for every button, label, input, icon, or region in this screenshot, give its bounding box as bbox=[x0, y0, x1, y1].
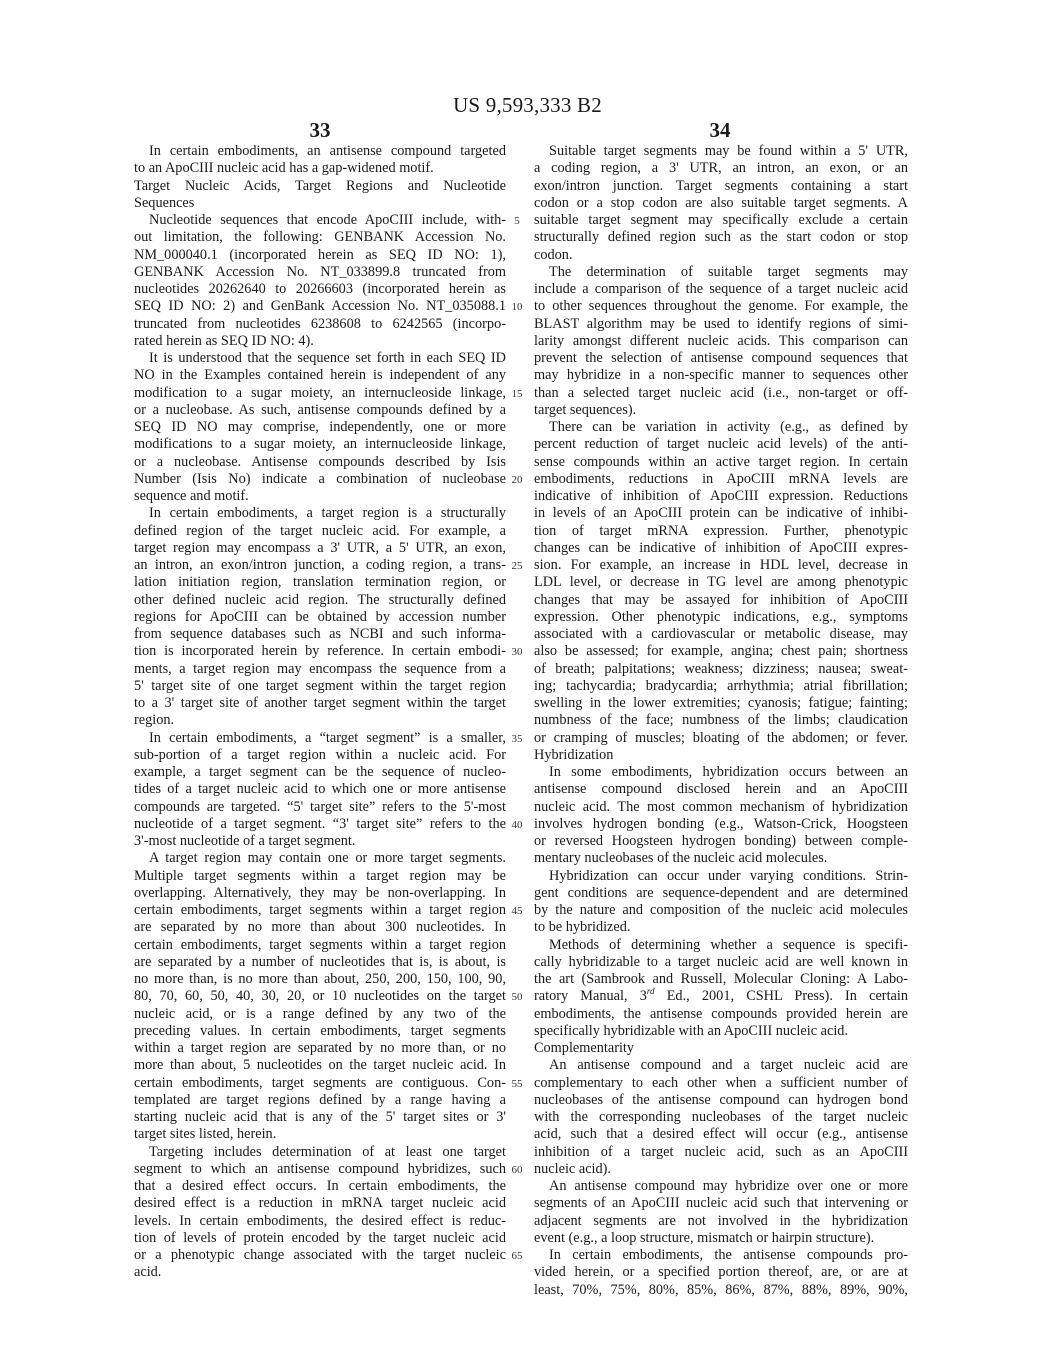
text-line: structurally defined region such as the … bbox=[534, 229, 908, 246]
text-line: by the nature and composition of the nuc… bbox=[534, 902, 908, 919]
text-line: regions for ApoCIII can be obtained by a… bbox=[134, 609, 506, 626]
text-line: desired effect is a reduction in mRNA ta… bbox=[134, 1195, 506, 1212]
text-line: tion of target mRNA expression. Further,… bbox=[534, 523, 908, 540]
right-column-number: 34 bbox=[690, 118, 750, 143]
line-number: 20 bbox=[507, 474, 527, 486]
line-number: 50 bbox=[507, 991, 527, 1003]
text-line: target region may encompass a 3' UTR, a … bbox=[134, 540, 506, 557]
text-line: acid, such that a desired effect will oc… bbox=[534, 1126, 908, 1143]
text-line: 5' target site of one target segment wit… bbox=[134, 678, 506, 695]
text-line: to be hybridized. bbox=[534, 919, 908, 936]
line-number: 10 bbox=[507, 301, 527, 313]
text-line: 80, 70, 60, 50, 40, 30, 20, or 10 nucleo… bbox=[134, 988, 506, 1005]
line-number: 15 bbox=[507, 388, 527, 400]
text-line: larity amongst different nucleic acids. … bbox=[534, 333, 908, 350]
text-line: overlapping. Alternatively, they may be … bbox=[134, 885, 506, 902]
patent-number: US 9,593,333 B2 bbox=[0, 93, 1055, 118]
text-line: cally hybridizable to a target nucleic a… bbox=[534, 954, 908, 971]
line-number: 25 bbox=[507, 560, 527, 572]
text-line: ments, a target region may encompass the… bbox=[134, 661, 506, 678]
text-line: templated are target regions defined by … bbox=[134, 1092, 506, 1109]
text-line: Suitable target segments may be found wi… bbox=[534, 143, 908, 160]
line-number: 45 bbox=[507, 905, 527, 917]
text-line: Complementarity bbox=[534, 1040, 908, 1057]
text-line: expression. Other phenotypic indications… bbox=[534, 609, 908, 626]
text-line: SEQ ID NO may comprise, independently, o… bbox=[134, 419, 506, 436]
text-line: exon/intron junction. Target segments co… bbox=[534, 178, 908, 195]
text-line: certain embodiments, target segments wit… bbox=[134, 937, 506, 954]
text-line: with the corresponding nucleobases of th… bbox=[534, 1109, 908, 1126]
text-line: may hybridize in a non-specific manner t… bbox=[534, 367, 908, 384]
text-line: LDL level, or decrease in TG level are a… bbox=[534, 574, 908, 591]
text-line: SEQ ID NO: 2) and GenBank Accession No. … bbox=[134, 298, 506, 315]
text-line: least, 70%, 75%, 80%, 85%, 86%, 87%, 88%… bbox=[534, 1282, 908, 1299]
text-line: tion is incorporated herein by reference… bbox=[134, 643, 506, 660]
text-line: Hybridization bbox=[534, 747, 908, 764]
text-line: vided herein, or a specified portion the… bbox=[534, 1264, 908, 1281]
right-text-column: Suitable target segments may be found wi… bbox=[534, 143, 908, 1299]
text-line: defined region of the target nucleic aci… bbox=[134, 523, 506, 540]
text-line: or cramping of muscles; bloating of the … bbox=[534, 730, 908, 747]
text-line: changes that may be assayed for inhibiti… bbox=[534, 592, 908, 609]
text-line: involves hydrogen bonding (e.g., Watson-… bbox=[534, 816, 908, 833]
text-line: a coding region, a 3' UTR, an intron, an… bbox=[534, 160, 908, 177]
text-line: NM_000040.1 (incorporated herein as SEQ … bbox=[134, 247, 506, 264]
text-line: region. bbox=[134, 712, 506, 729]
text-line: sequence and motif. bbox=[134, 488, 506, 505]
text-line: Sequences bbox=[134, 195, 506, 212]
text-line: an intron, an exon/intron junction, a co… bbox=[134, 557, 506, 574]
text-line: out limitation, the following: GENBANK A… bbox=[134, 229, 506, 246]
text-line: levels. In certain embodiments, the desi… bbox=[134, 1213, 506, 1230]
text-line: starting nucleic acid that is any of the… bbox=[134, 1109, 506, 1126]
text-line: specifically hybridizable with an ApoCII… bbox=[534, 1023, 908, 1040]
text-line: nucleotide of a target segment. “3' targ… bbox=[134, 816, 506, 833]
line-number: 30 bbox=[507, 646, 527, 658]
text-line: to other sequences throughout the genome… bbox=[534, 298, 908, 315]
text-line: adjacent segments are not involved in th… bbox=[534, 1213, 908, 1230]
text-line: lation initiation region, translation te… bbox=[134, 574, 506, 591]
text-line: than a selected target nucleic acid (i.e… bbox=[534, 385, 908, 402]
text-line: nucleobases of the antisense compound ca… bbox=[534, 1092, 908, 1109]
text-line: target sites listed, herein. bbox=[134, 1126, 506, 1143]
text-line: nucleic acid). bbox=[534, 1161, 908, 1178]
text-line: truncated from nucleotides 6238608 to 62… bbox=[134, 316, 506, 333]
text-line: the art (Sambrook and Russell, Molecular… bbox=[534, 971, 908, 988]
text-line: nucleotides 20262640 to 20266603 (incorp… bbox=[134, 281, 506, 298]
text-line: modification to a sugar moiety, an inter… bbox=[134, 385, 506, 402]
text-line: other defined nucleic acid region. The s… bbox=[134, 592, 506, 609]
text-line: ratory Manual, 3rd Ed., 2001, CSHL Press… bbox=[534, 988, 908, 1005]
text-line: GENBANK Accession No. NT_033899.8 trunca… bbox=[134, 264, 506, 281]
text-line: BLAST algorithm may be used to identify … bbox=[534, 316, 908, 333]
text-line: antisense compound disclosed herein and … bbox=[534, 781, 908, 798]
text-line: mentary nucleobases of the nucleic acid … bbox=[534, 850, 908, 867]
text-line: In certain embodiments, an antisense com… bbox=[134, 143, 506, 160]
text-line: gent conditions are sequence-dependent a… bbox=[534, 885, 908, 902]
text-line: certain embodiments, target segments wit… bbox=[134, 902, 506, 919]
text-line: changes can be indicative of inhibition … bbox=[534, 540, 908, 557]
text-line: include a comparison of the sequence of … bbox=[534, 281, 908, 298]
text-line: segments of an ApoCIII nucleic acid such… bbox=[534, 1195, 908, 1212]
text-line: It is understood that the sequence set f… bbox=[134, 350, 506, 367]
text-line: ing; tachycardia; bradycardia; arrhythmi… bbox=[534, 678, 908, 695]
left-column-number: 33 bbox=[290, 118, 350, 143]
text-line: acid. bbox=[134, 1264, 506, 1281]
text-line: In certain embodiments, a “target segmen… bbox=[134, 730, 506, 747]
text-line: prevent the selection of antisense compo… bbox=[534, 350, 908, 367]
text-line: indicative of inhibition of ApoCIII expr… bbox=[534, 488, 908, 505]
text-line: more than about, 5 nucleotides on the ta… bbox=[134, 1057, 506, 1074]
line-number: 55 bbox=[507, 1078, 527, 1090]
text-line: are separated by a number of nucleotides… bbox=[134, 954, 506, 971]
text-line: in levels of an ApoCIII protein can be i… bbox=[534, 505, 908, 522]
text-line: sub-portion of a target region within a … bbox=[134, 747, 506, 764]
text-line: are separated by no more than about 300 … bbox=[134, 919, 506, 936]
text-line: tides of a target nucleic acid to which … bbox=[134, 781, 506, 798]
line-number: 5 bbox=[507, 215, 527, 227]
text-line: to an ApoCIII nucleic acid has a gap-wid… bbox=[134, 160, 506, 177]
text-line: codon. bbox=[534, 247, 908, 264]
text-line: or a phenotypic change associated with t… bbox=[134, 1247, 506, 1264]
text-line: suitable target segment may specifically… bbox=[534, 212, 908, 229]
text-line: Target Nucleic Acids, Target Regions and… bbox=[134, 178, 506, 195]
text-line: nucleic acid. The most common mechanism … bbox=[534, 799, 908, 816]
text-line: associated with a cardiovascular or meta… bbox=[534, 626, 908, 643]
text-line: no more than, is no more than about, 250… bbox=[134, 971, 506, 988]
text-line: rated herein as SEQ ID NO: 4). bbox=[134, 333, 506, 350]
text-line: modifications to a sugar moiety, an inte… bbox=[134, 436, 506, 453]
text-line: sion. For example, an increase in HDL le… bbox=[534, 557, 908, 574]
text-line: or a nucleobase. Antisense compounds des… bbox=[134, 454, 506, 471]
text-line: or reversed Hoogsteen hydrogen bonding) … bbox=[534, 833, 908, 850]
text-line: within a target region are separated by … bbox=[134, 1040, 506, 1057]
text-line: There can be variation in activity (e.g.… bbox=[534, 419, 908, 436]
text-line: codon or a stop codon are also suitable … bbox=[534, 195, 908, 212]
text-line: An antisense compound and a target nucle… bbox=[534, 1057, 908, 1074]
line-number: 65 bbox=[507, 1250, 527, 1262]
text-line: swelling in the lower extremities; cyano… bbox=[534, 695, 908, 712]
text-line: segment to which an antisense compound h… bbox=[134, 1161, 506, 1178]
text-line: target sequences). bbox=[534, 402, 908, 419]
text-line: numbness of the face; numbness of the li… bbox=[534, 712, 908, 729]
text-line: example, a target segment can be the seq… bbox=[134, 764, 506, 781]
left-text-column: In certain embodiments, an antisense com… bbox=[134, 143, 506, 1282]
text-line: or a nucleobase. As such, antisense comp… bbox=[134, 402, 506, 419]
text-line: Methods of determining whether a sequenc… bbox=[534, 937, 908, 954]
text-line: compounds are targeted. “5' target site”… bbox=[134, 799, 506, 816]
text-line: embodiments, reductions in ApoCIII mRNA … bbox=[534, 471, 908, 488]
text-line: An antisense compound may hybridize over… bbox=[534, 1178, 908, 1195]
text-line: preceding values. In certain embodiments… bbox=[134, 1023, 506, 1040]
text-line: nucleic acid, or is a range defined by a… bbox=[134, 1006, 506, 1023]
text-line: embodiments, the antisense compounds pro… bbox=[534, 1006, 908, 1023]
text-line: In certain embodiments, a target region … bbox=[134, 505, 506, 522]
text-line: A target region may contain one or more … bbox=[134, 850, 506, 867]
text-line: of breath; palpitations; weakness; dizzi… bbox=[534, 661, 908, 678]
text-line: The determination of suitable target seg… bbox=[534, 264, 908, 281]
text-line: percent reduction of target nucleic acid… bbox=[534, 436, 908, 453]
text-line: sense compounds within an active target … bbox=[534, 454, 908, 471]
text-line: In certain embodiments, the antisense co… bbox=[534, 1247, 908, 1264]
text-line: to a 3' target site of another target se… bbox=[134, 695, 506, 712]
text-line: NO in the Examples contained herein is i… bbox=[134, 367, 506, 384]
text-line: event (e.g., a loop structure, mismatch … bbox=[534, 1230, 908, 1247]
line-number: 35 bbox=[507, 733, 527, 745]
text-line: from sequence databases such as NCBI and… bbox=[134, 626, 506, 643]
text-line: Targeting includes determination of at l… bbox=[134, 1144, 506, 1161]
text-line: In some embodiments, hybridization occur… bbox=[534, 764, 908, 781]
text-line: certain embodiments, target segments are… bbox=[134, 1075, 506, 1092]
text-line: Nucleotide sequences that encode ApoCIII… bbox=[134, 212, 506, 229]
text-line: Number (Isis No) indicate a combination … bbox=[134, 471, 506, 488]
text-line: also be assessed; for example, angina; c… bbox=[534, 643, 908, 660]
text-line: inhibition of a target nucleic acid, suc… bbox=[534, 1144, 908, 1161]
text-line: tion of levels of protein encoded by the… bbox=[134, 1230, 506, 1247]
text-line: Multiple target segments within a target… bbox=[134, 868, 506, 885]
text-line: that a desired effect occurs. In certain… bbox=[134, 1178, 506, 1195]
text-line: complementary to each other when a suffi… bbox=[534, 1075, 908, 1092]
text-line: 3'-most nucleotide of a target segment. bbox=[134, 833, 506, 850]
line-number: 40 bbox=[507, 819, 527, 831]
line-number: 60 bbox=[507, 1164, 527, 1176]
text-line: Hybridization can occur under varying co… bbox=[534, 868, 908, 885]
